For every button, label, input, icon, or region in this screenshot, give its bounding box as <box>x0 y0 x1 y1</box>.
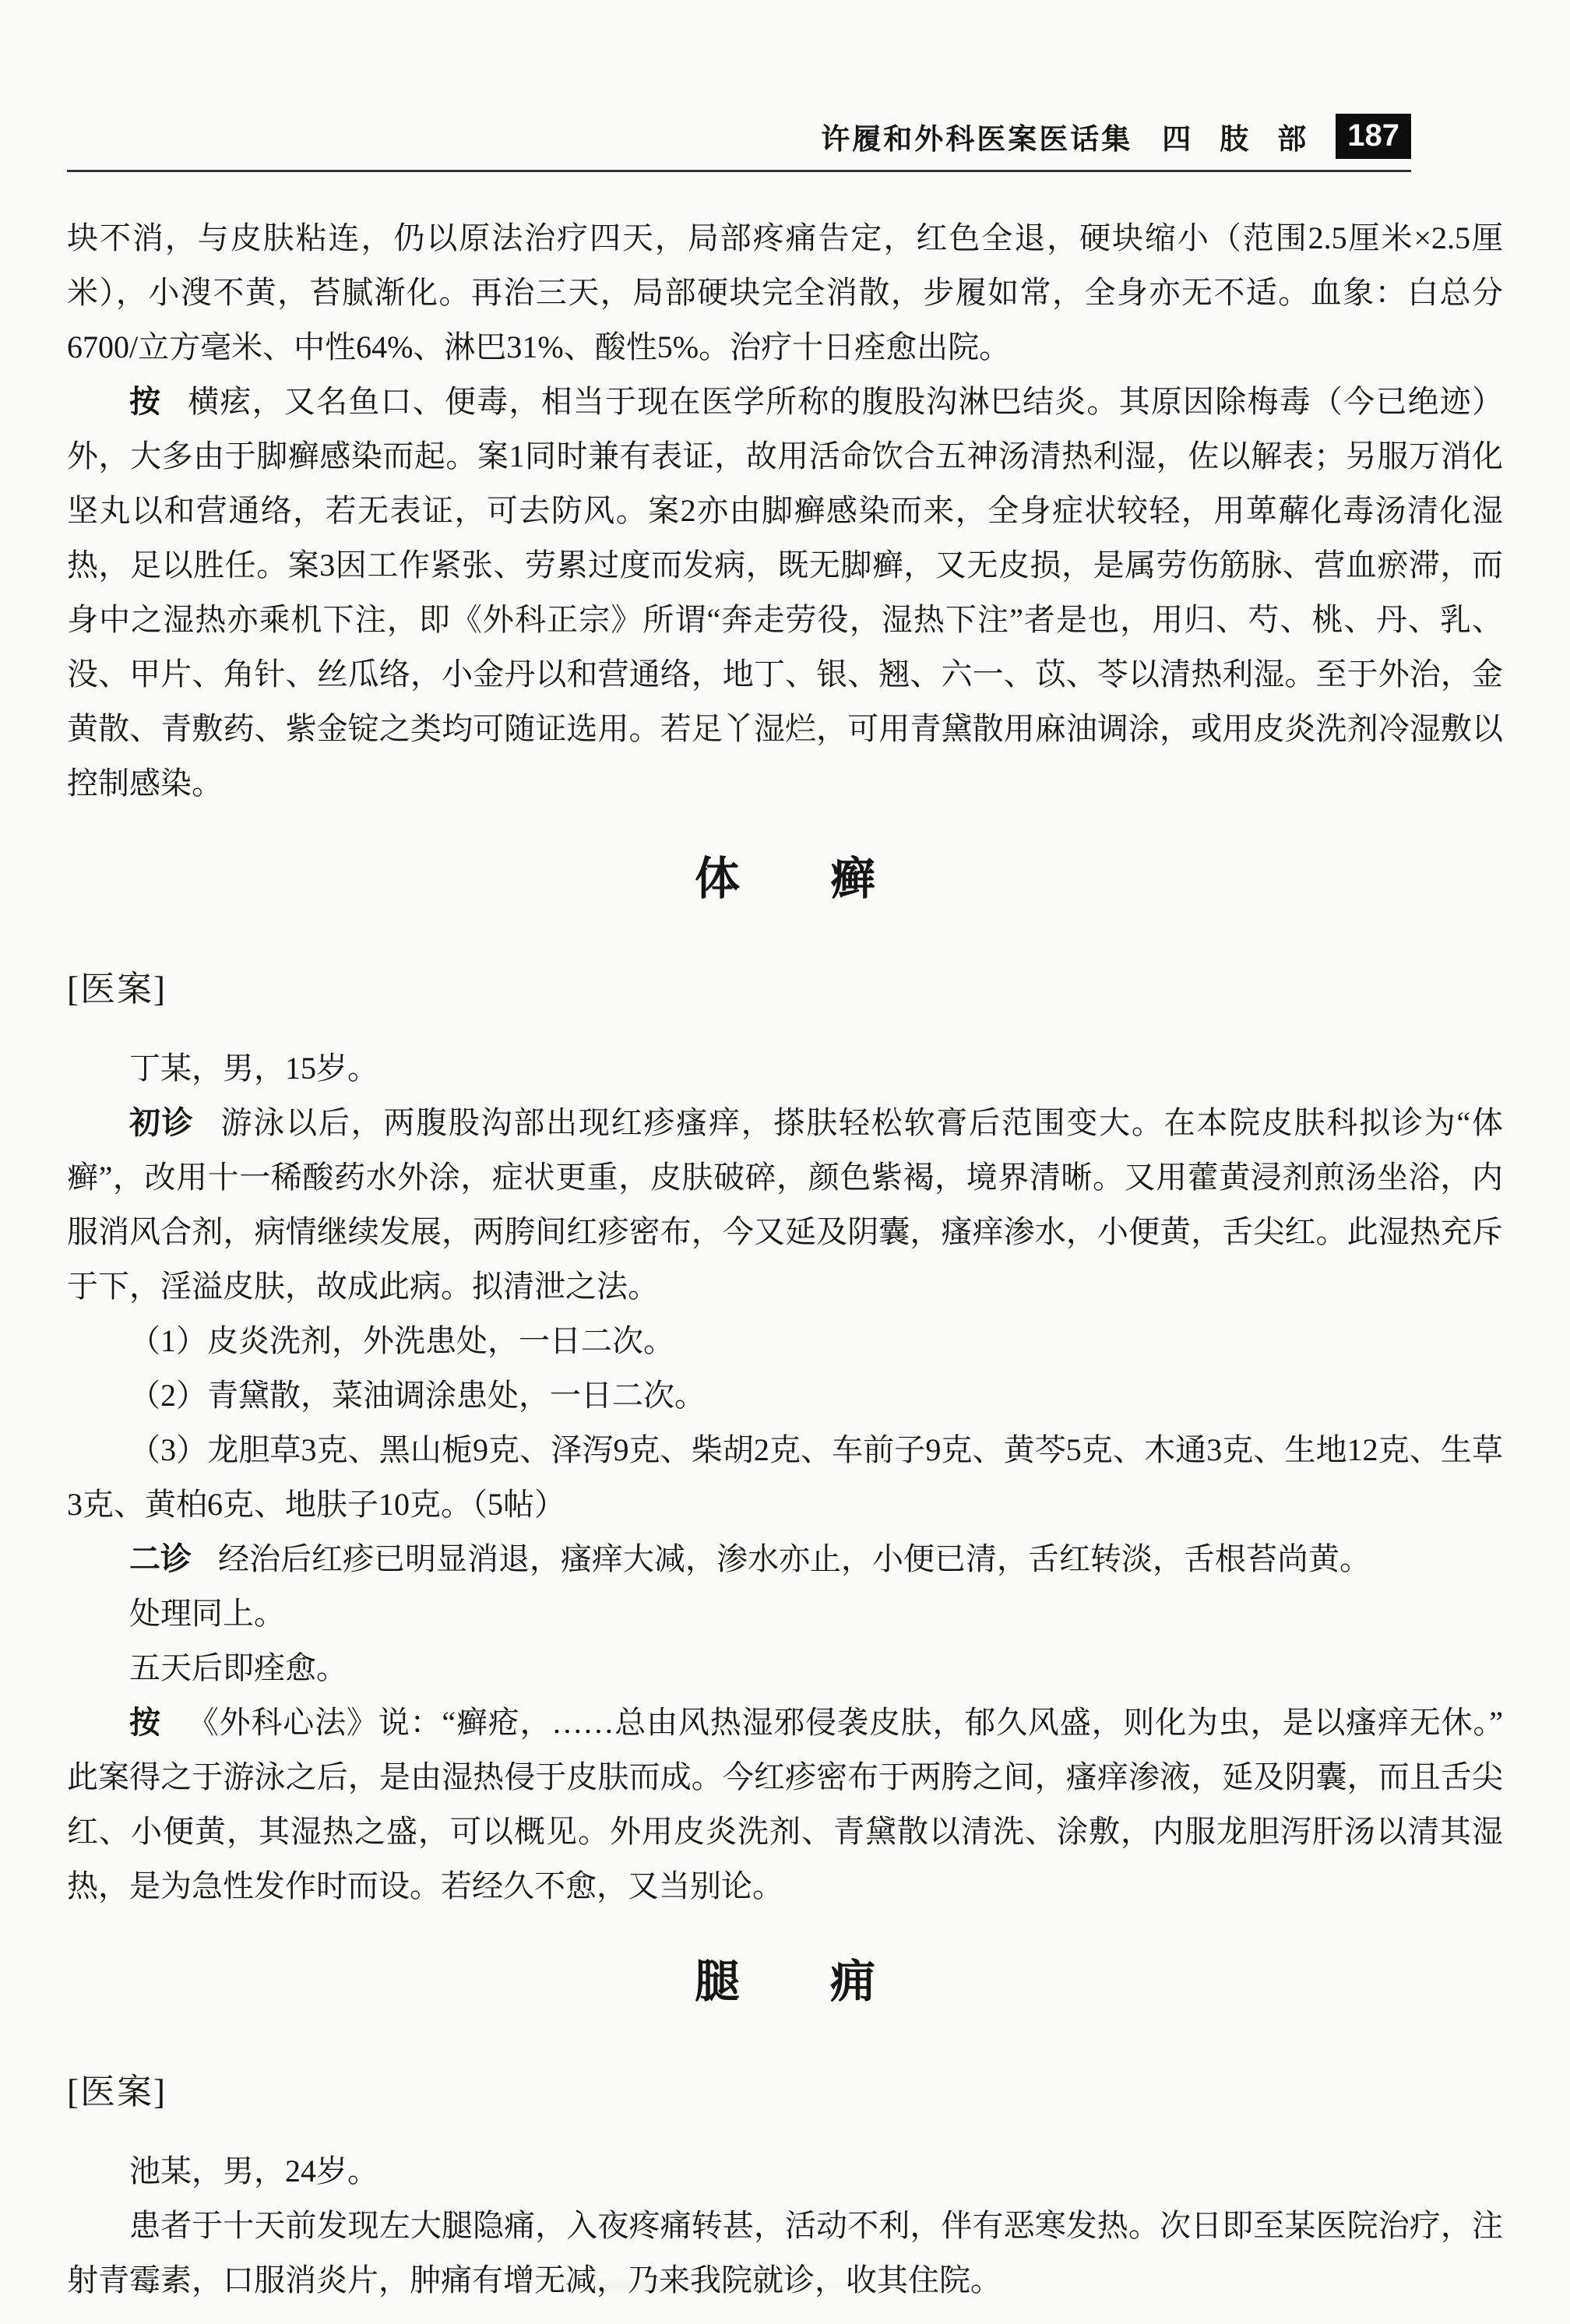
commentary-label: 按 <box>129 384 161 419</box>
second-visit-paragraph: 二诊经治后红疹已明显消退，瘙痒大减，渗水亦止，小便已清，舌红转淡，舌根苔尚黄。 <box>67 1532 1503 1586</box>
chapter-label: 四 肢 部 <box>1162 115 1306 157</box>
commentary-text: 横痃，又名鱼口、便毒，相当于现在医学所称的腹股沟淋巴结炎。其原因除梅毒（今已绝迹… <box>67 384 1503 801</box>
scanned-book-page: { "header": { "book_title": "许履和外科医案医话集"… <box>0 0 1570 2324</box>
followup-line-1: 处理同上。 <box>67 1586 1503 1641</box>
prescription-item-3: （3）龙胆草3克、黑山栀9克、泽泻9克、柴胡2克、车前子9克、黄芩5克、木通3克… <box>67 1423 1503 1532</box>
history-paragraph: 患者于十天前发现左大腿隐痛，入夜疼痛转甚，活动不利，伴有恶寒发热。次日即至某医院… <box>67 2199 1503 2308</box>
prescription-item-1: （1）皮炎洗剂，外洗患处，一日二次。 <box>67 1314 1503 1368</box>
first-visit-paragraph: 初诊游泳以后，两腹股沟部出现红疹瘙痒，搽肤轻松软膏后范围变大。在本院皮肤科拟诊为… <box>67 1096 1503 1314</box>
body-text: 块不消，与皮肤粘连，仍以原法治疗四天，局部疼痛告定，红色全退，硬块缩小（范围2.… <box>67 211 1503 2308</box>
tinea-commentary-text: 《外科心法》说：“癣疮，……总由风热湿邪侵袭皮肤，郁久风盛，则化为虫，是以瘙痒无… <box>67 1705 1503 1903</box>
tinea-commentary-paragraph: 按《外科心法》说：“癣疮，……总由风热湿邪侵袭皮肤，郁久风盛，则化为虫，是以瘙痒… <box>67 1695 1503 1914</box>
followup-line-2: 五天后即痊愈。 <box>67 1641 1503 1695</box>
case-marker-tinea: [医案] <box>67 965 1503 1013</box>
section-title-leg-abscess: 腿 痈 <box>67 1951 1503 2013</box>
patient-line-leg-abscess: 池某，男，24岁。 <box>67 2144 1503 2199</box>
second-visit-label: 二诊 <box>129 1541 192 1576</box>
page-number-badge: 187 <box>1336 114 1411 159</box>
second-visit-text: 经治后红疹已明显消退，瘙痒大减，渗水亦止，小便已清，舌红转淡，舌根苔尚黄。 <box>218 1541 1371 1576</box>
book-title: 许履和外科医案医话集 <box>821 115 1132 157</box>
continued-paragraph: 块不消，与皮肤粘连，仍以原法治疗四天，局部疼痛告定，红色全退，硬块缩小（范围2.… <box>67 211 1503 375</box>
patient-line-tinea: 丁某，男，15岁。 <box>67 1041 1503 1096</box>
case-marker-leg-abscess: [医案] <box>67 2068 1503 2116</box>
commentary-paragraph: 按横痃，又名鱼口、便毒，相当于现在医学所称的腹股沟淋巴结炎。其原因除梅毒（今已绝… <box>67 375 1503 811</box>
tinea-commentary-label: 按 <box>129 1705 161 1740</box>
section-title-tinea-corporis: 体 癣 <box>67 848 1503 910</box>
first-visit-text: 游泳以后，两腹股沟部出现红疹瘙痒，搽肤轻松软膏后范围变大。在本院皮肤科拟诊为“体… <box>67 1105 1503 1304</box>
running-header: 许履和外科医案医话集 四 肢 部 187 <box>67 114 1411 172</box>
first-visit-label: 初诊 <box>129 1105 195 1140</box>
prescription-item-2: （2）青黛散，菜油调涂患处，一日二次。 <box>67 1368 1503 1423</box>
page-content: 许履和外科医案医话集 四 肢 部 187 块不消，与皮肤粘连，仍以原法治疗四天，… <box>0 114 1570 2308</box>
